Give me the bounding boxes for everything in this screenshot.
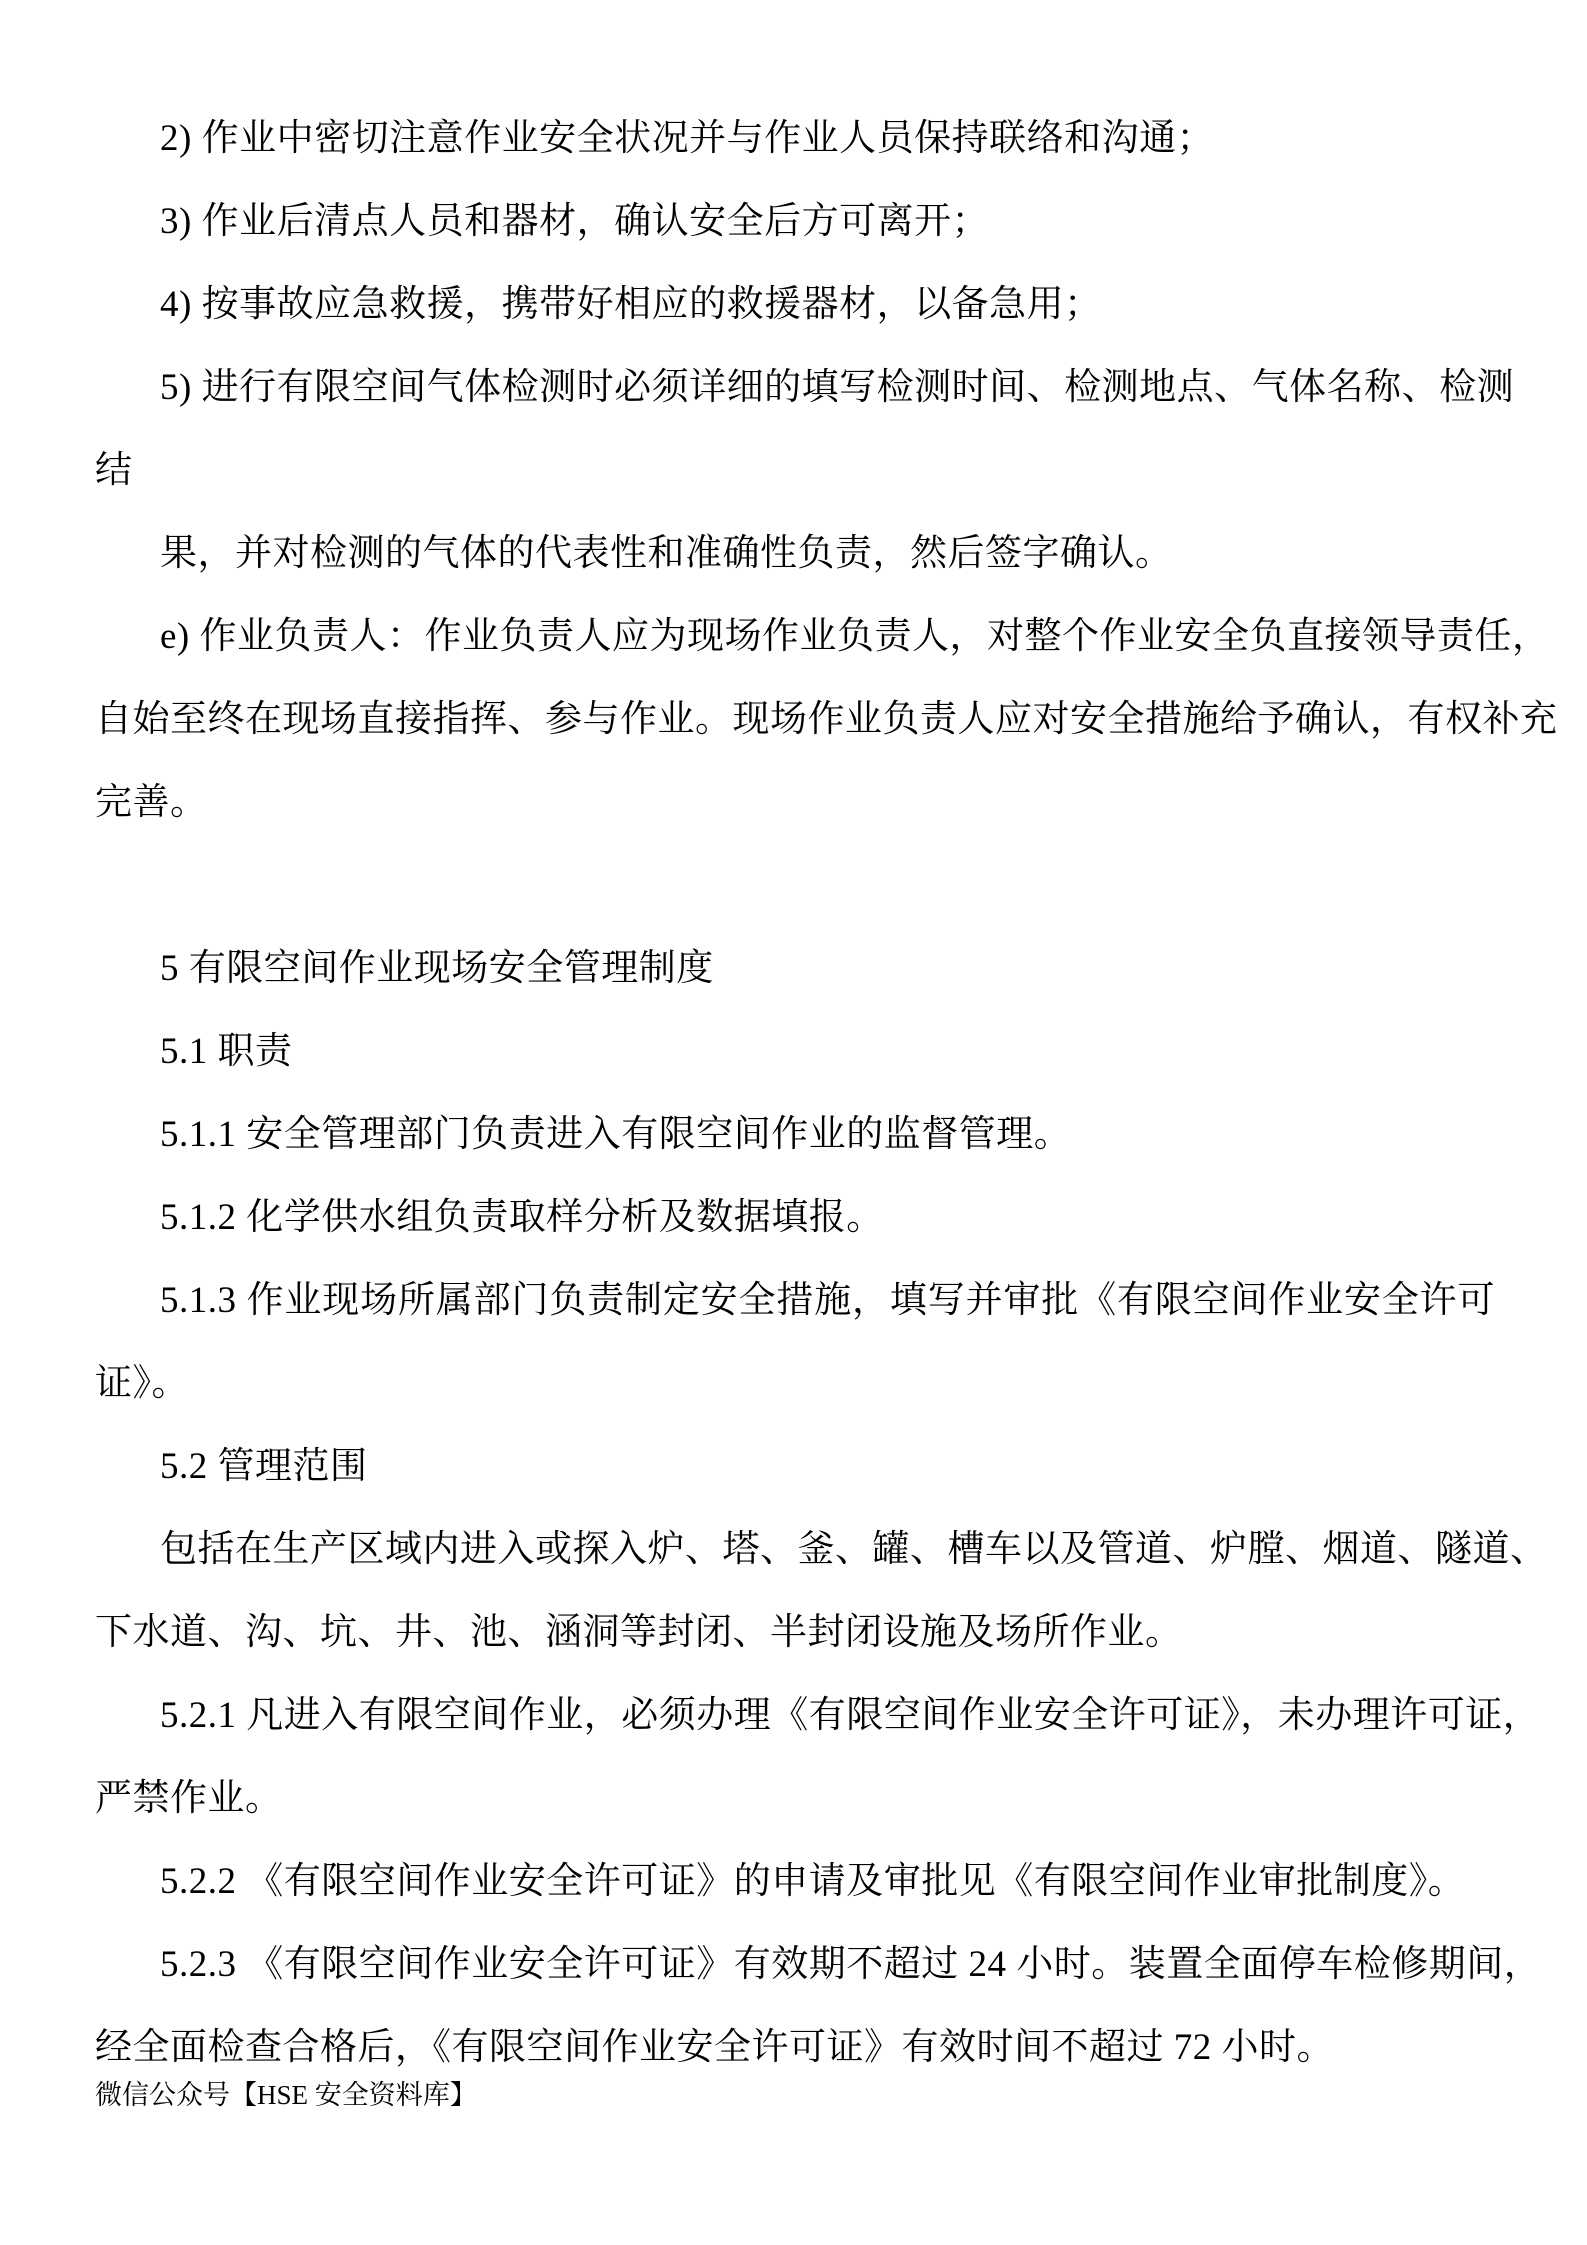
text-line: 经全面检查合格后，《有限空间作业安全许可证》有效时间不超过 72 小时。: [95, 2006, 1495, 2089]
text-line: 严禁作业。: [95, 1757, 1495, 1840]
document-page: 2) 作业中密切注意作业安全状况并与作业人员保持联络和沟通；3) 作业后清点人员…: [0, 0, 1587, 2245]
text-line: 5.2 管理范围: [95, 1425, 1495, 1508]
text-line: 5.2.2 《有限空间作业安全许可证》的申请及审批见《有限空间作业审批制度》。: [95, 1840, 1495, 1923]
text-line: 5) 进行有限空间气体检测时必须详细的填写检测时间、检测地点、气体名称、检测: [95, 346, 1495, 429]
text-line: 5.1.3 作业现场所属部门负责制定安全措施，填写并审批《有限空间作业安全许可: [95, 1259, 1495, 1342]
text-line: [95, 844, 1495, 927]
text-line: 5 有限空间作业现场安全管理制度: [95, 927, 1495, 1010]
text-line: 完善。: [95, 761, 1495, 844]
footer-watermark: 微信公众号【HSE 安全资料库】: [95, 2080, 477, 2110]
text-line: 2) 作业中密切注意作业安全状况并与作业人员保持联络和沟通；: [95, 97, 1495, 180]
text-line: 证》。: [95, 1342, 1495, 1425]
text-line: 5.2.1 凡进入有限空间作业，必须办理《有限空间作业安全许可证》，未办理许可证…: [95, 1674, 1495, 1757]
text-line: 下水道、沟、坑、井、池、涵洞等封闭、半封闭设施及场所作业。: [95, 1591, 1495, 1674]
text-line: 5.1.2 化学供水组负责取样分析及数据填报。: [95, 1176, 1495, 1259]
text-line: 3) 作业后清点人员和器材，确认安全后方可离开；: [95, 180, 1495, 263]
text-line: 4) 按事故应急救援，携带好相应的救援器材，以备急用；: [95, 263, 1495, 346]
text-line: 包括在生产区域内进入或探入炉、塔、釜、罐、槽车以及管道、炉膛、烟道、隧道、: [95, 1508, 1495, 1591]
document-body: 2) 作业中密切注意作业安全状况并与作业人员保持联络和沟通；3) 作业后清点人员…: [95, 97, 1495, 2089]
text-line: 5.1.1 安全管理部门负责进入有限空间作业的监督管理。: [95, 1093, 1495, 1176]
text-line: 果，并对检测的气体的代表性和准确性负责，然后签字确认。: [95, 512, 1495, 595]
text-line: 5.2.3 《有限空间作业安全许可证》有效期不超过 24 小时。装置全面停车检修…: [95, 1923, 1495, 2006]
text-line: 结: [95, 429, 1495, 512]
text-line: e) 作业负责人：作业负责人应为现场作业负责人，对整个作业安全负直接领导责任，: [95, 595, 1495, 678]
text-line: 自始至终在现场直接指挥、参与作业。现场作业负责人应对安全措施给予确认，有权补充: [95, 678, 1495, 761]
text-line: 5.1 职责: [95, 1010, 1495, 1093]
